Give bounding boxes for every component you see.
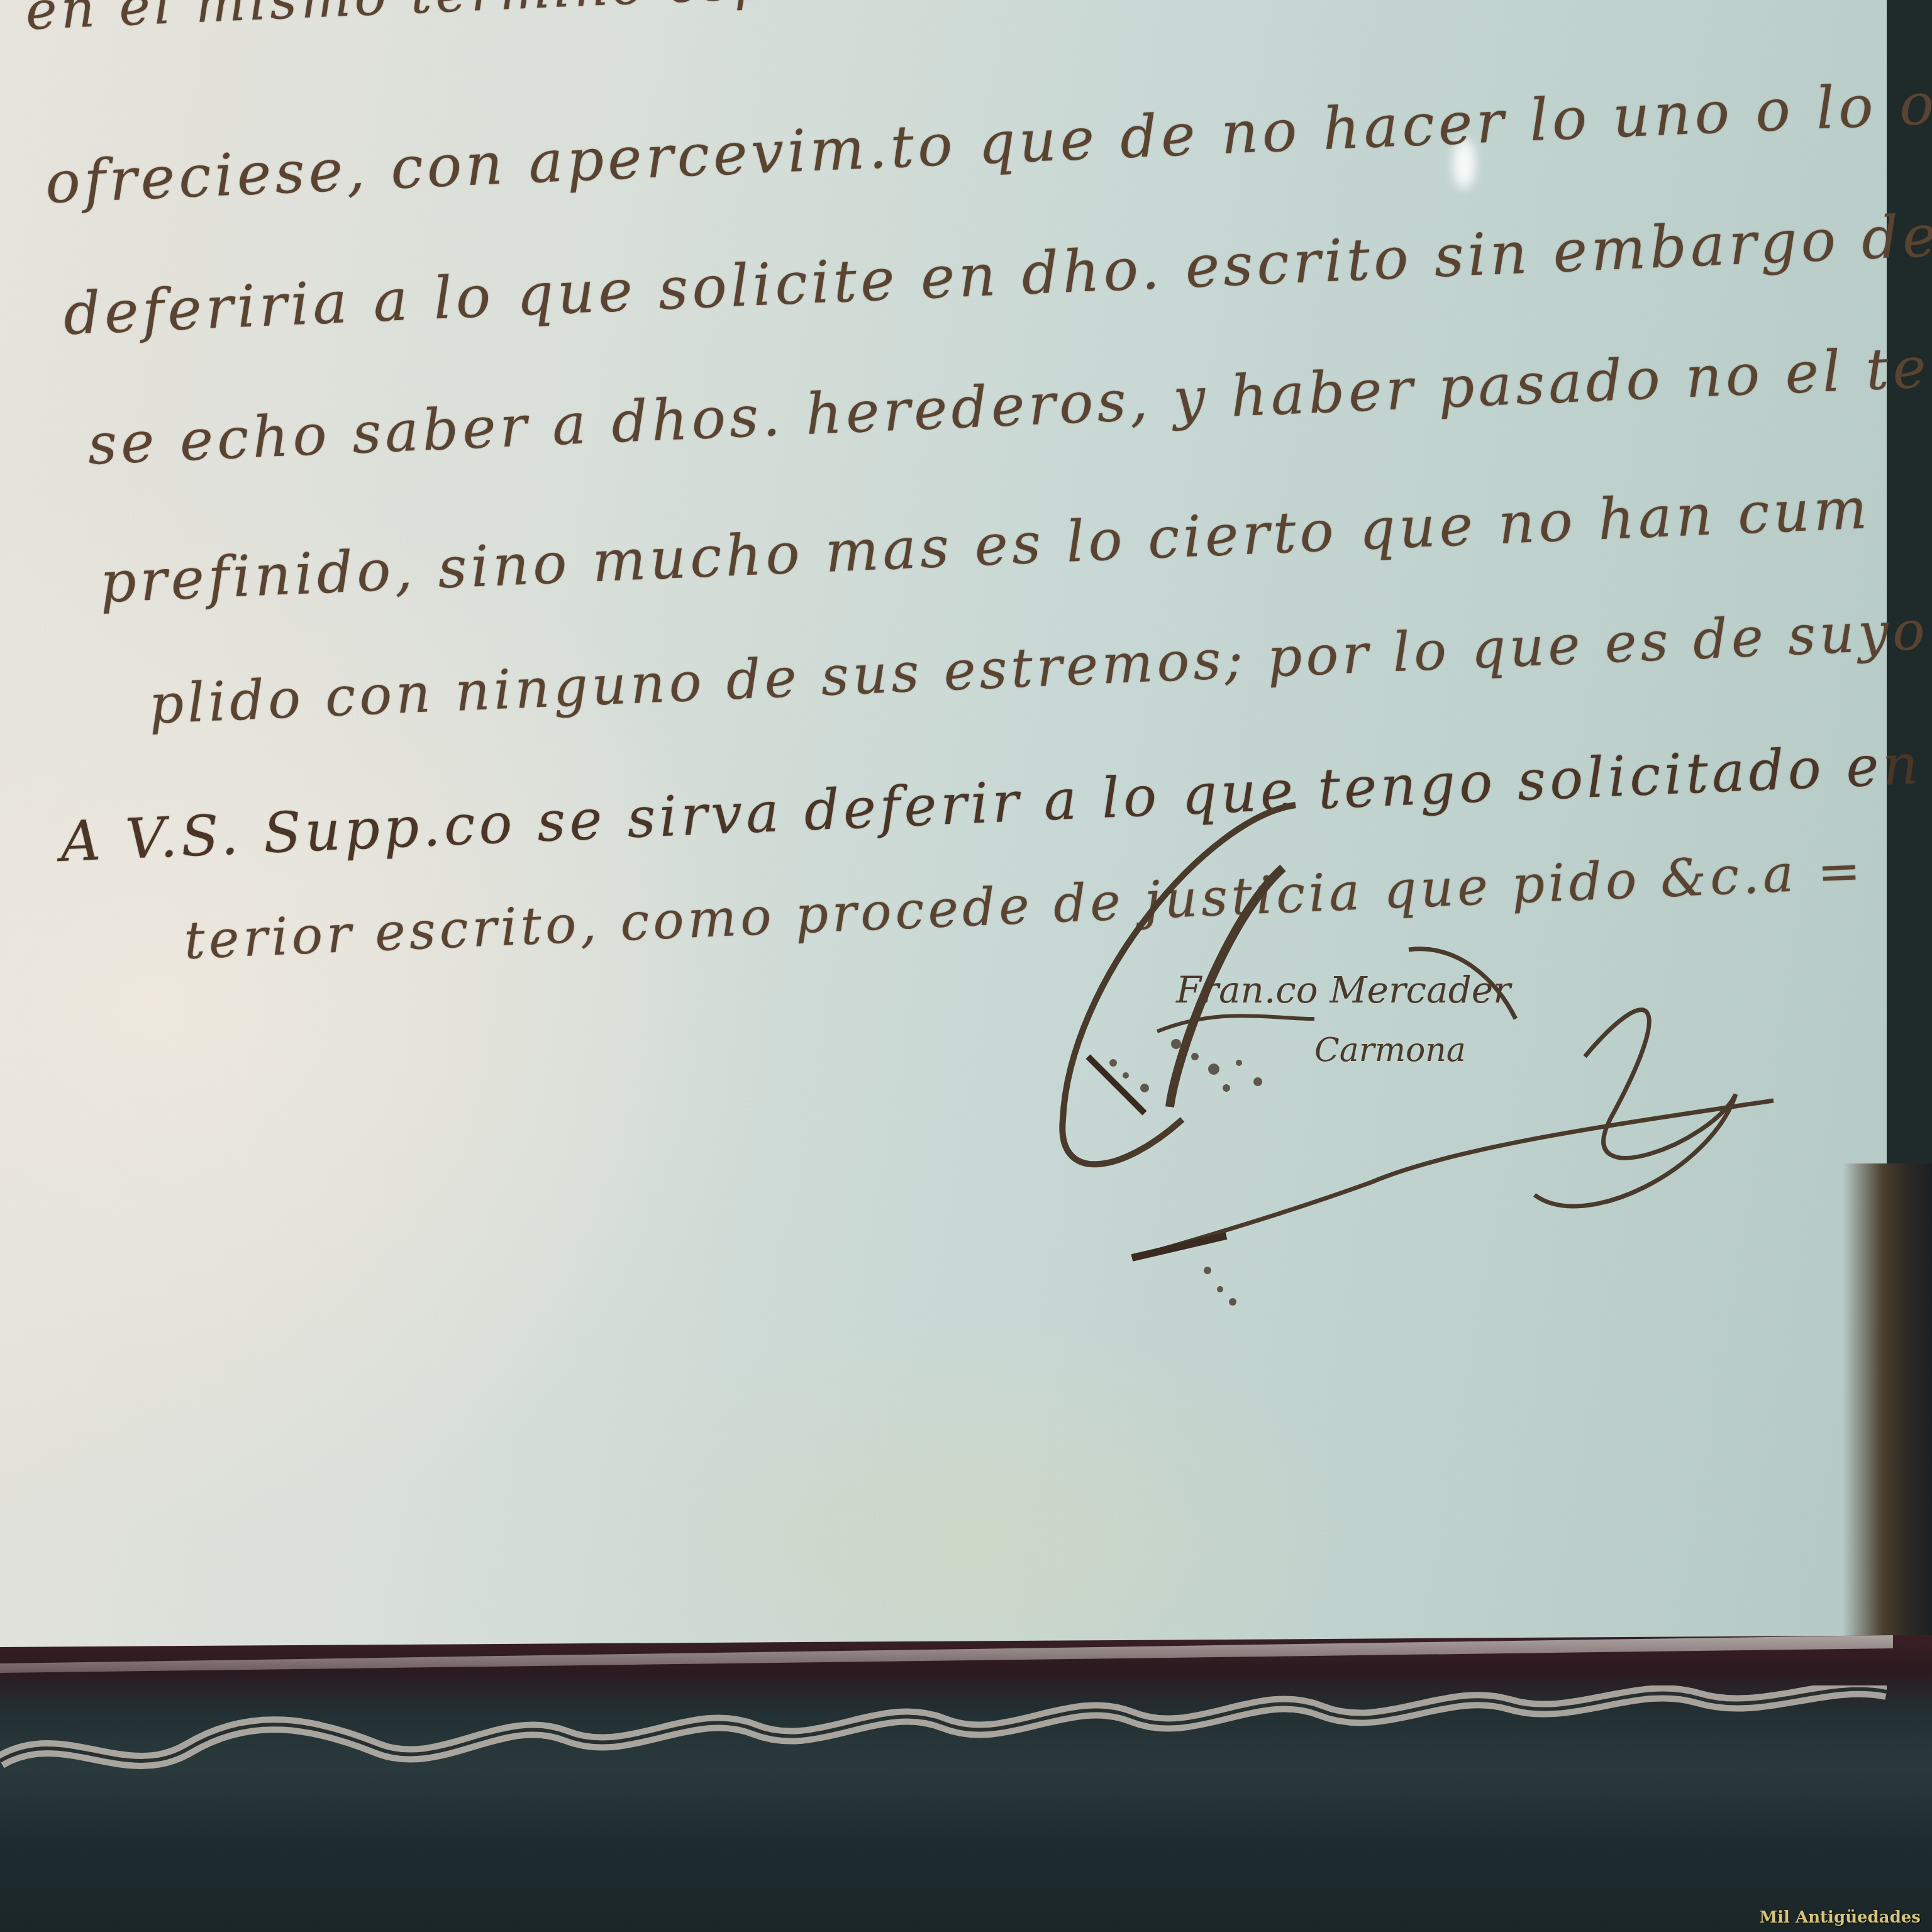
signature-name: Fran.co Mercader <box>1176 969 1511 1011</box>
manuscript-line-5: prefinido, sino mucho mas es lo cierto q… <box>99 475 1872 616</box>
signature-rubric-icon <box>1019 792 1836 1358</box>
signature-surname: Carmona <box>1314 1031 1466 1069</box>
watermark-logo: Mil Antigüedades <box>1759 1908 1921 1927</box>
document-photo: en el mismo termino espresion en su razo… <box>0 0 1932 1932</box>
manuscript-line-6: plido con ninguno de sus estremos; por l… <box>148 597 1932 736</box>
manuscript-line-1: en el mismo termino espresion en su razo… <box>25 0 1541 42</box>
manuscript-line-4: se echo saber a dhos. herederos, y haber… <box>87 330 1932 478</box>
manuscript-line-2: ofreciese, con apercevim.to que de no ha… <box>44 62 1932 216</box>
signature-block: Fran.co Mercader Carmona <box>1019 792 1836 1358</box>
frame-ornament-icon <box>0 1685 1887 1799</box>
manuscript-line-3: deferiria a lo que solicite en dho. escr… <box>62 197 1932 348</box>
